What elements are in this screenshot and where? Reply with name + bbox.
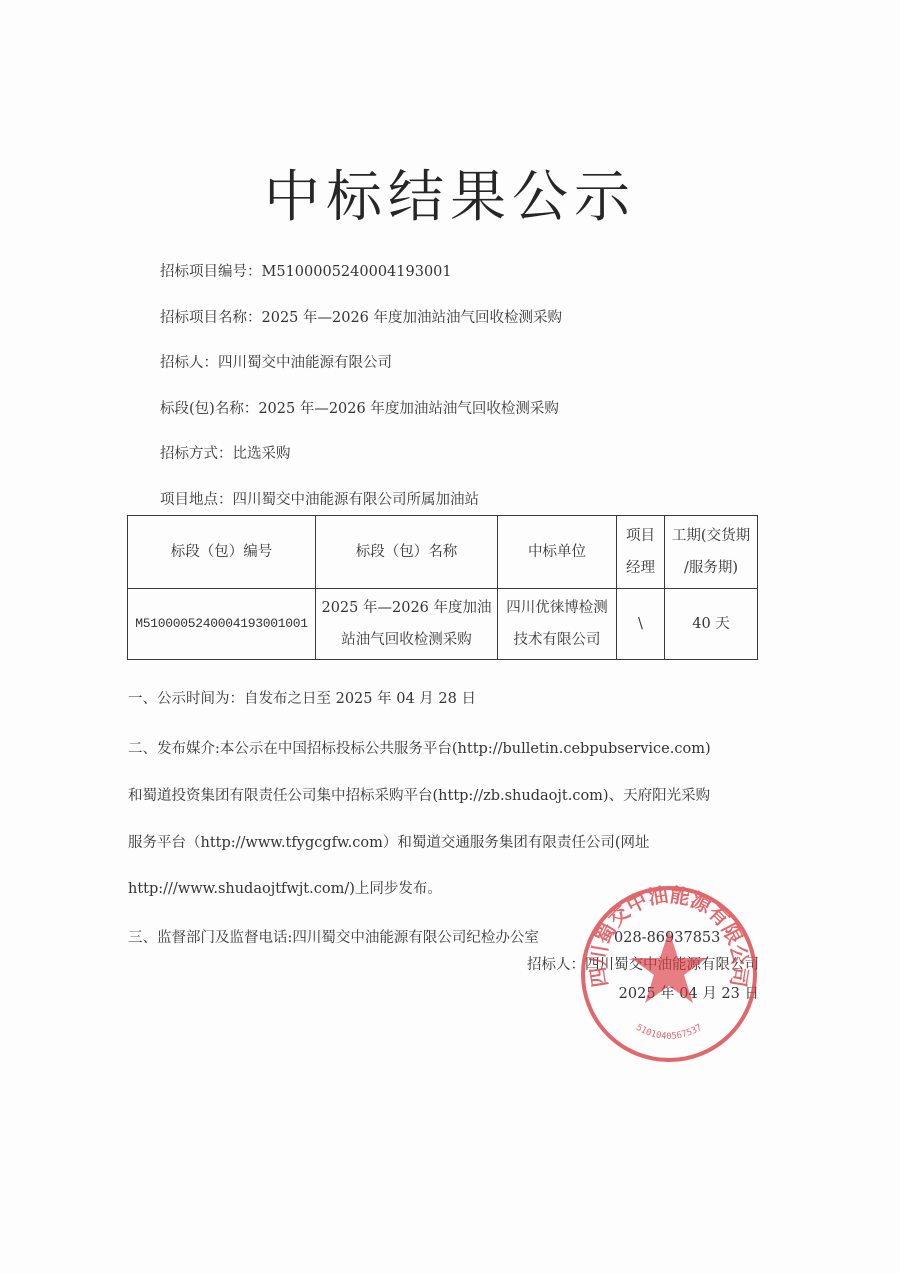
project-location: 项目地点：四川蜀交中油能源有限公司所属加油站 [160,490,479,510]
header-period-line1: 工期(交货期 [665,520,757,552]
cell-winner-line1: 四川优徕博检测 [498,592,616,624]
header-winner: 中标单位 [498,516,617,589]
header-period-line2: /服务期) [665,552,757,584]
header-period: 工期(交货期 /服务期) [665,516,758,589]
header-lot-number: 标段（包）编号 [128,516,316,589]
header-manager: 项目 经理 [617,516,665,589]
notice-media-line2: 和蜀道投资集团有限责任公司集中招标采购平台(http://zb.shudaojt… [128,786,710,806]
cell-lot-number: M5100005240004193001001 [128,589,316,660]
svg-text:5101040567537: 5101040567537 [634,1023,704,1042]
notice-publicity-period: 一、公示时间为：自发布之日至 2025 年 04 月 28 日 [128,689,476,709]
signature-date: 2025 年 04 月 23 日 [619,984,759,1004]
signature-tenderer: 招标人：四川蜀交中油能源有限公司 [527,955,759,975]
notice-media-line3: 服务平台（http://www.tfygcgfw.com）和蜀道交通服务集团有限… [128,833,650,853]
document-title: 中标结果公示 [0,163,900,233]
notice-media-line1: 二、发布媒介:本公示在中国招标投标公共服务平台(http://bulletin.… [128,739,711,759]
notice-supervision: 三、监督部门及监督电话:四川蜀交中油能源有限公司纪检办公室 [128,928,539,948]
lot-name: 标段(包)名称：2025 年—2026 年度加油站油气回收检测采购 [160,399,559,419]
tenderer: 招标人：四川蜀交中油能源有限公司 [160,353,392,373]
header-lot-name: 标段（包）名称 [316,516,498,589]
cell-period: 40 天 [665,589,758,660]
result-table: 标段（包）编号 标段（包）名称 中标单位 项目 经理 工期(交货期 /服务期) … [127,515,758,660]
cell-lot-name-line1: 2025 年—2026 年度加油 [316,592,497,624]
tender-method: 招标方式：比选采购 [160,444,291,464]
cell-lot-name-line2: 站油气回收检测采购 [316,624,497,656]
cell-manager: \ [617,589,665,660]
supervision-phone: 028-86937853 [614,928,720,948]
header-manager-line2: 经理 [617,552,664,584]
notice-media-line4: http:///www.shudaojtfwjt.com/)上同步发布。 [128,879,442,899]
table-header-row: 标段（包）编号 标段（包）名称 中标单位 项目 经理 工期(交货期 /服务期) [128,516,758,589]
cell-winner: 四川优徕博检测 技术有限公司 [498,589,617,660]
table-row: M5100005240004193001001 2025 年—2026 年度加油… [128,589,758,660]
project-name: 招标项目名称：2025 年—2026 年度加油站油气回收检测采购 [160,308,562,328]
cell-winner-line2: 技术有限公司 [498,624,616,656]
header-manager-line1: 项目 [617,520,664,552]
cell-lot-name: 2025 年—2026 年度加油 站油气回收检测采购 [316,589,498,660]
project-number: 招标项目编号：M5100005240004193001 [160,262,452,282]
